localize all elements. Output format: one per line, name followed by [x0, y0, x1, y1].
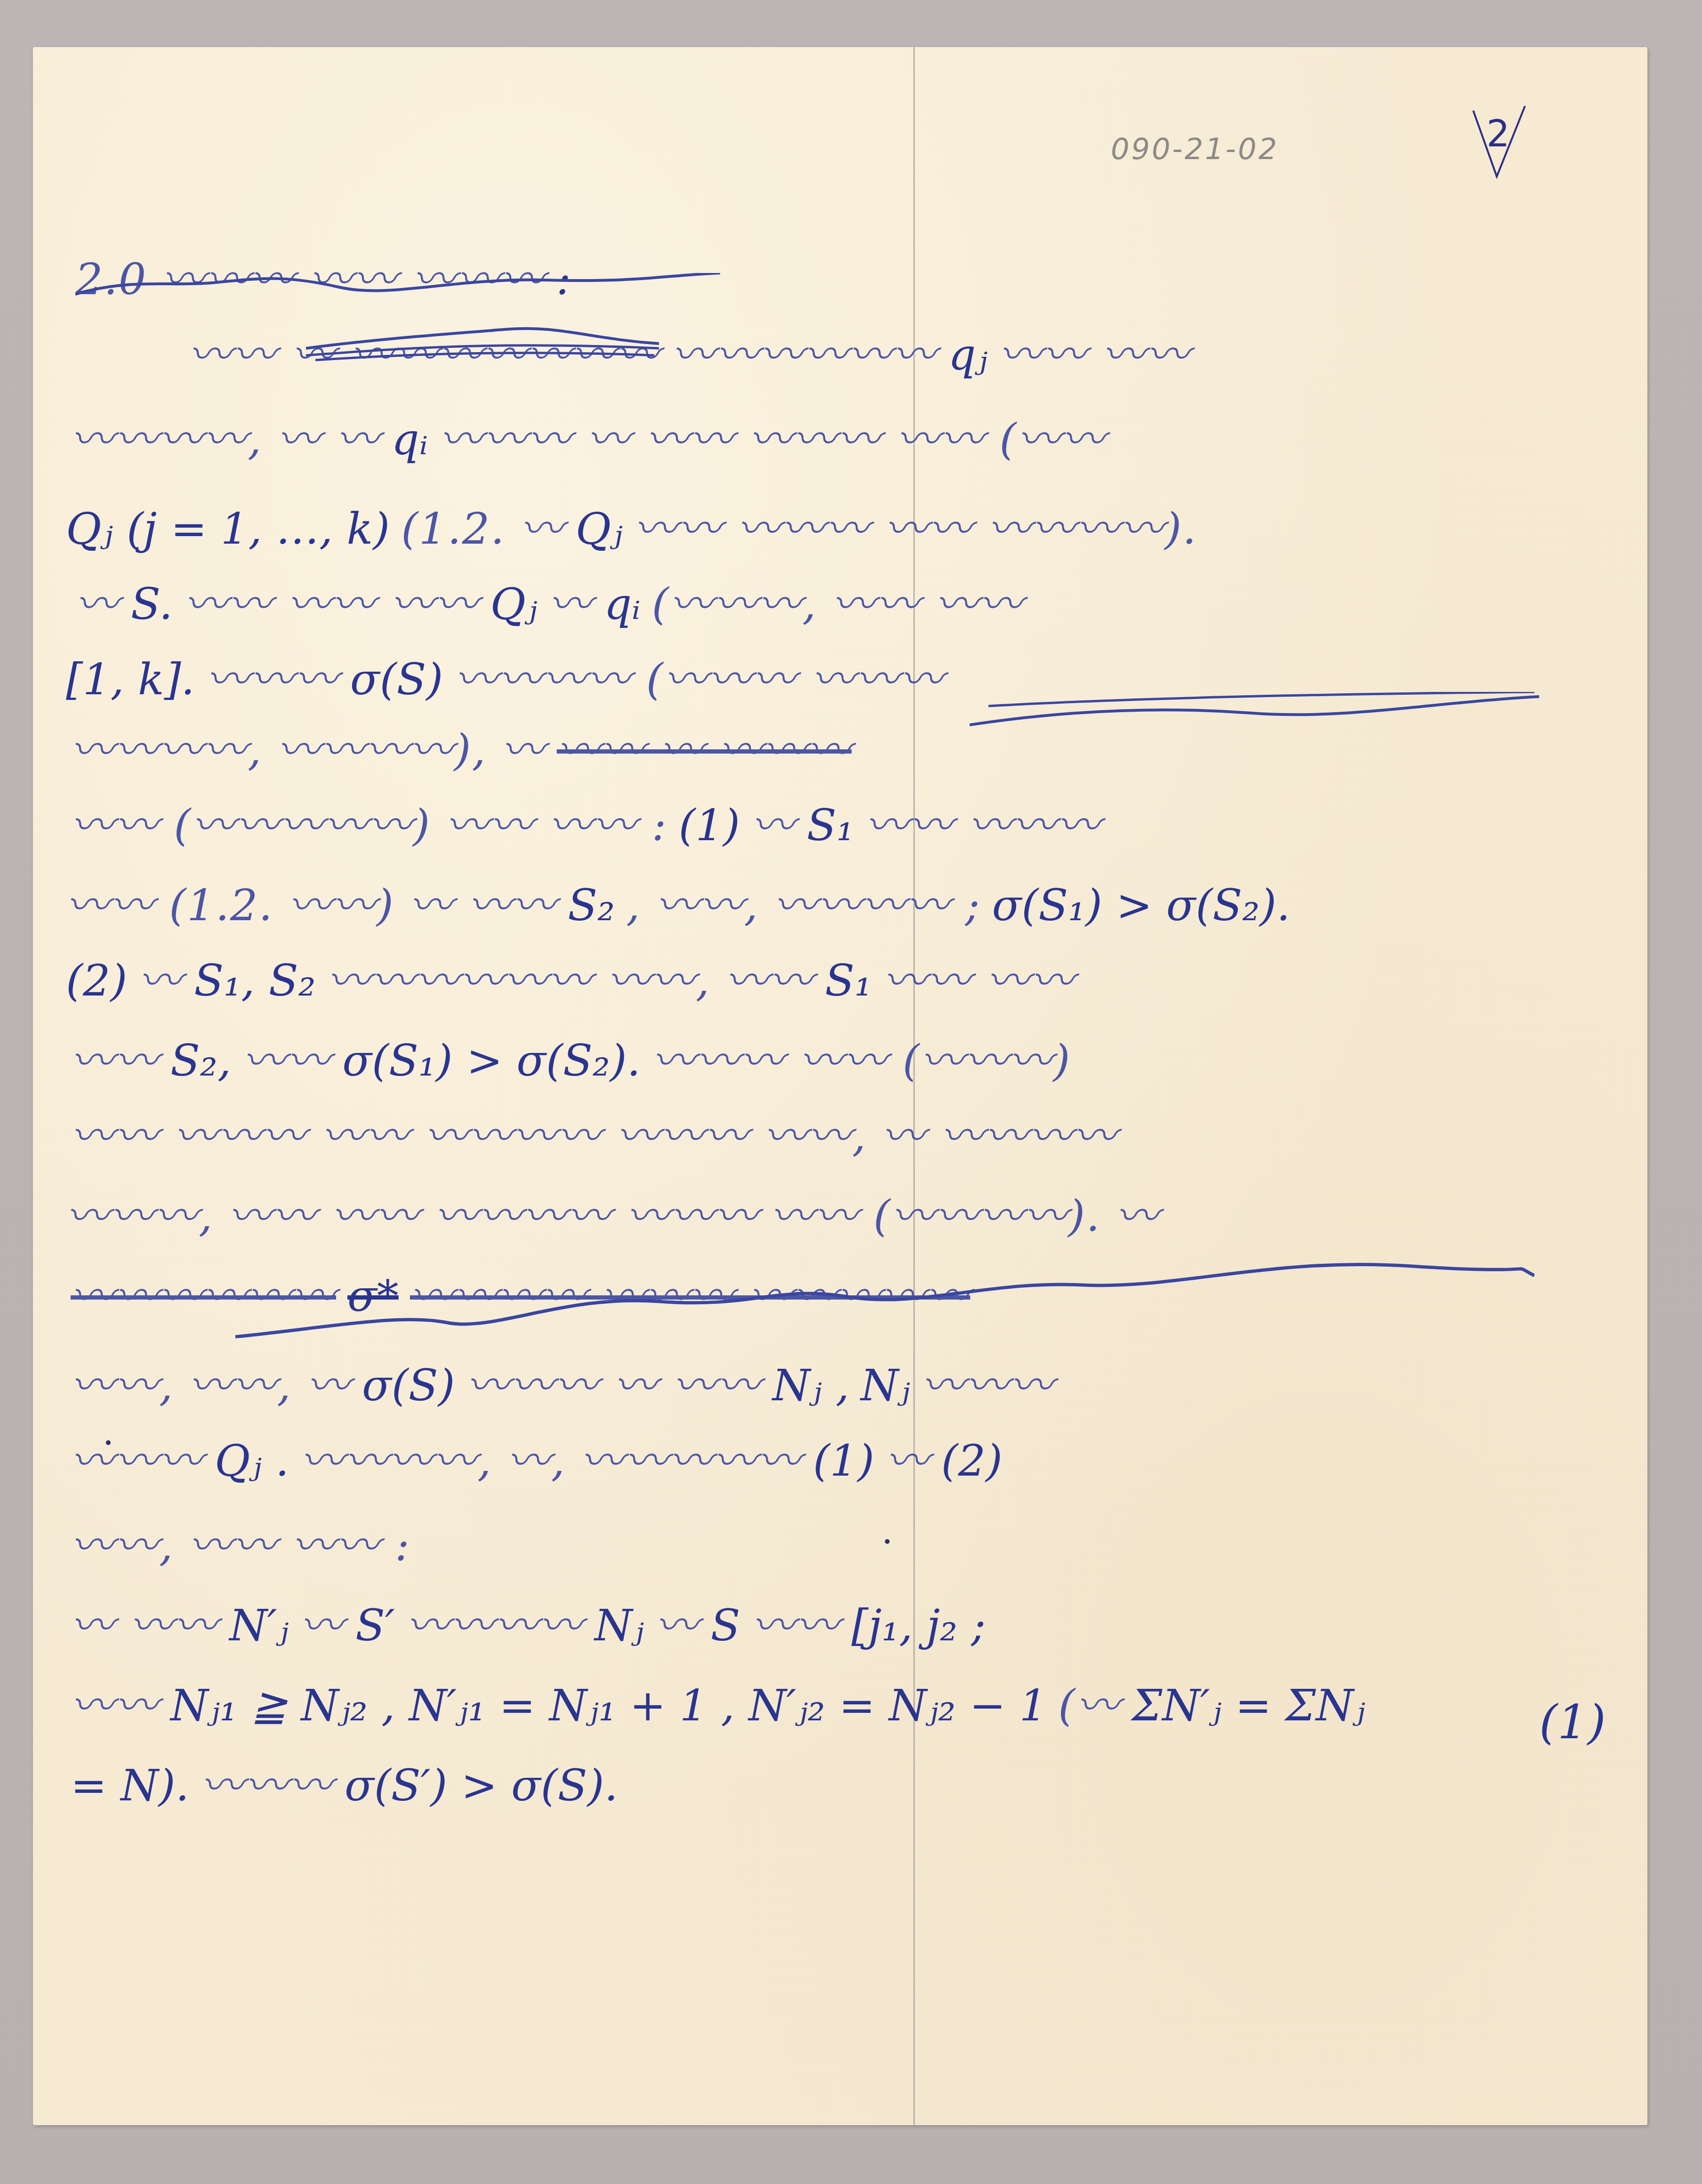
math-fragment: (1) [813, 1436, 874, 1486]
math-fragment: σ(S₁) > σ(S₂). [992, 880, 1290, 931]
math-fragment: Nⱼ , [772, 1360, 849, 1411]
shorthand-fragment: 〰〰 〰〰 〰〰 [184, 570, 479, 632]
shorthand-fragment: 〰〰 [242, 1026, 331, 1088]
math-fragment: σ(S′) > σ(S). [345, 1760, 618, 1811]
shorthand-fragment: 〰〰〰 [71, 1426, 203, 1488]
math-fragment: (2) [66, 955, 127, 1006]
shorthand-fragment: 〰〰〰 〰〰 (〰〰〰) [652, 1026, 1071, 1088]
math-fragment: S₂, [170, 1036, 231, 1086]
shorthand-fragment: 〰〰 〰〰〰 〰〰 〰〰〰〰). [634, 494, 1197, 556]
shorthand-fragment: 〰〰 [752, 1591, 840, 1653]
shorthand-fragment: 〰〰, 〰〰 〰〰 : [71, 1511, 410, 1573]
math-fragment: Nⱼ₁ ≧ Nⱼ₂ , N′ⱼ₁ = Nⱼ₁ + 1 , N′ⱼ₂ = Nⱼ₂ … [170, 1680, 1047, 1731]
math-fragment: qᵢ [604, 579, 640, 629]
math-fragment: qⱼ [948, 329, 987, 380]
math-fragment: σ(S) [350, 654, 443, 705]
math-fragment: S₁ [825, 955, 872, 1006]
shorthand-fragment: , 〰〰, 〰〰〰〰 ; [626, 871, 980, 933]
math-fragment: Qⱼ (j = 1, …, k) [66, 504, 390, 554]
manuscript-line-l1: 〰〰 〰 〰〰〰〰〰〰〰〰〰〰〰〰〰qⱼ〰〰 〰〰 [188, 320, 1702, 386]
shorthand-fragment: 〰〰〰 〰 〰〰 [466, 1351, 762, 1413]
ink-dot [885, 1539, 890, 1544]
math-fragment: Nⱼ [594, 1600, 644, 1651]
math-fragment: σ(S₁) > σ(S₂). [342, 1036, 641, 1086]
math-fragment: S₁, S₂ [194, 955, 315, 1006]
manuscript-line-l6: 〰〰〰〰, 〰〰〰〰), 〰〰〰 〰 〰〰〰 [71, 715, 1685, 781]
shorthand-fragment: 〰〰〰 [921, 1351, 1054, 1413]
math-fragment: S. [131, 579, 173, 629]
shorthand-fragment: 〰〰, 〰〰, 〰 [71, 1351, 351, 1413]
manuscript-line-l13: 〰〰〰〰〰〰σ*〰〰〰〰 〰〰〰 〰〰〰〰〰 [71, 1261, 1685, 1327]
math-fragment: ΣN′ⱼ = ΣNⱼ [1132, 1680, 1365, 1731]
math-fragment: S [711, 1600, 740, 1651]
shorthand-fragment: 〰〰〰〰〰〰 [71, 1261, 336, 1324]
manuscript-line-l12: 〰〰〰, 〰〰 〰〰 〰〰〰〰 〰〰〰〰〰 (〰〰〰〰). 〰 [66, 1181, 1680, 1247]
page-number: 2 [1486, 113, 1510, 155]
math-fragment: N′ⱼ [229, 1600, 289, 1651]
math-fragment: = N). [71, 1760, 189, 1811]
shorthand-fragment: 〰 [751, 791, 795, 853]
shorthand-fragment: 〰〰〰〰, 〰, 〰〰〰〰〰 [300, 1426, 802, 1488]
manuscript-line-l4: 〰S.〰〰 〰〰 〰〰Qⱼ〰qᵢ(〰〰〰, 〰〰 〰〰 [75, 570, 1690, 635]
manuscript-page: 090-21-02 2 2.0 〰〰〰 〰〰 〰〰〰:〰〰 〰 〰〰〰〰〰〰〰〰… [33, 47, 1647, 2125]
shorthand-fragment: 〰〰 〰 〰〰〰 [557, 715, 852, 778]
manuscript-line-l17: 〰 〰〰N′ⱼ〰S′〰〰〰〰Nⱼ〰S〰〰[j₁, j₂ ; [71, 1591, 1685, 1657]
shorthand-fragment: (〰〰〰, 〰〰 〰〰 [652, 570, 1024, 632]
math-fragment: qᵢ [392, 414, 428, 465]
math-fragment: (2) [941, 1436, 1003, 1486]
math-fragment: Qⱼ [576, 504, 623, 554]
shorthand-fragment: 〰〰 [71, 1671, 159, 1733]
archive-id: 090-21-02 [1111, 132, 1279, 166]
math-fragment: Qⱼ [490, 579, 538, 629]
math-fragment: (1) [679, 800, 740, 851]
math-fragment: S₁ [807, 800, 854, 851]
page-number-mark: 2 [1469, 106, 1530, 181]
shorthand-fragment: 〰 [138, 946, 183, 1008]
shorthand-fragment: 〰〰 〰〰 [883, 946, 1075, 1008]
shorthand-fragment: 〰〰〰 [201, 1751, 333, 1813]
ink-dot [106, 1440, 111, 1445]
shorthand-fragment: 〰 〰〰 [71, 1591, 218, 1653]
shorthand-fragment: 〰〰 〰〰〰 〰〰 〰〰〰〰 〰〰〰 〰〰, 〰 〰〰〰〰 [71, 1101, 1117, 1164]
shorthand-fragment: 〰〰〰〰 〰〰〰 〰〰〰〰〰 [410, 1261, 971, 1324]
manuscript-line-l18: 〰〰Nⱼ₁ ≧ Nⱼ₂ , N′ⱼ₁ = Nⱼ₁ + 1 , N′ⱼ₂ = Nⱼ… [71, 1671, 1685, 1737]
manuscript-line-l11: 〰〰 〰〰〰 〰〰 〰〰〰〰 〰〰〰 〰〰, 〰 〰〰〰〰 [71, 1101, 1685, 1167]
shorthand-fragment: 〰〰 [71, 1026, 159, 1088]
math-fragment: Nⱼ [860, 1360, 910, 1411]
shorthand-fragment: 〰〰 (〰〰〰〰〰) 〰〰 〰〰 : [71, 791, 667, 853]
manuscript-line-l7: 〰〰 (〰〰〰〰〰) 〰〰 〰〰 :(1)〰S₁〰〰 〰〰〰 [71, 791, 1685, 857]
manuscript-line-l2: 〰〰〰〰, 〰 〰qᵢ〰〰〰 〰 〰〰 〰〰〰 〰〰 (〰〰 [71, 405, 1685, 471]
heading-underline [75, 273, 720, 301]
shorthand-fragment: 〰〰〰〰 (〰〰〰 〰〰〰 [454, 645, 944, 707]
manuscript-line-l5: [1, k].〰〰〰σ(S)〰〰〰〰 (〰〰〰 〰〰〰 [66, 645, 1680, 711]
equation-label: (1) [1539, 1694, 1606, 1750]
shorthand-fragment: 〰 [75, 570, 120, 632]
shorthand-fragment: 〰〰 (〰〰〰〰). 〰 [770, 1181, 1160, 1244]
shorthand-fragment: 〰 [548, 570, 593, 632]
math-fragment: Qⱼ . [215, 1436, 289, 1486]
manuscript-line-l15: 〰〰〰Qⱼ .〰〰〰〰, 〰, 〰〰〰〰〰(1)〰(2) [71, 1426, 1685, 1492]
shorthand-fragment: 〰〰 (1.2. 〰〰) 〰 〰〰 [66, 871, 556, 933]
manuscript-line-l14: 〰〰, 〰〰, 〰σ(S)〰〰〰 〰 〰〰Nⱼ ,Nⱼ〰〰〰 [71, 1351, 1685, 1417]
shorthand-fragment: 〰〰〰 〰 〰〰 〰〰〰 〰〰 (〰〰 [439, 405, 1106, 467]
math-fragment: σ* [347, 1271, 399, 1321]
shorthand-fragment: 〰 [300, 1591, 344, 1653]
shorthand-fragment: 〰〰〰〰, 〰 〰 [71, 405, 380, 467]
math-fragment: S₂ [568, 880, 615, 931]
shorthand-fragment: 〰 [886, 1426, 930, 1488]
shorthand-fragment: (1.2. 〰 [401, 494, 564, 556]
math-fragment: [1, k]. [66, 654, 195, 705]
shorthand-fragment: 〰〰 〰〰〰 [865, 791, 1101, 853]
manuscript-line-l16: 〰〰, 〰〰 〰〰 : [71, 1511, 1685, 1577]
manuscript-line-l19: = N).〰〰〰σ(S′) > σ(S). [71, 1751, 1685, 1817]
math-fragment: σ(S) [362, 1360, 455, 1411]
math-fragment: S′ [355, 1600, 395, 1651]
manuscript-line-l8: 〰〰 (1.2. 〰〰) 〰 〰〰S₂, 〰〰, 〰〰〰〰 ;σ(S₁) > σ… [66, 871, 1680, 937]
shorthand-fragment: 〰〰〰 [206, 645, 339, 707]
manuscript-line-l9: (2)〰S₁, S₂〰〰〰〰〰〰 〰〰, 〰〰S₁〰〰 〰〰 [66, 946, 1680, 1012]
shorthand-fragment: 〰〰〰〰〰〰 〰〰, 〰〰 [327, 946, 814, 1008]
shorthand-fragment: 〰〰〰, 〰〰 〰〰 〰〰〰〰 〰〰〰 [66, 1181, 759, 1244]
shorthand-fragment: 〰〰 〰 〰〰〰〰〰〰〰 [188, 320, 660, 382]
math-fragment: [j₁, j₂ ; [851, 1600, 986, 1651]
shorthand-fragment: 〰〰〰〰 [406, 1591, 583, 1653]
shorthand-fragment: 〰〰〰〰, 〰〰〰〰), 〰 [71, 715, 546, 778]
manuscript-line-l3: Qⱼ (j = 1, …, k)(1.2. 〰Qⱼ〰〰 〰〰〰 〰〰 〰〰〰〰)… [66, 494, 1680, 560]
shorthand-fragment: 〰〰 〰〰 [999, 320, 1190, 382]
shorthand-fragment: 〰 [655, 1591, 699, 1653]
shorthand-fragment: 〰〰〰〰〰〰 [672, 320, 937, 382]
manuscript-line-l10: 〰〰S₂,〰〰σ(S₁) > σ(S₂).〰〰〰 〰〰 (〰〰〰) [71, 1026, 1685, 1092]
shorthand-fragment: (〰 [1058, 1671, 1120, 1733]
